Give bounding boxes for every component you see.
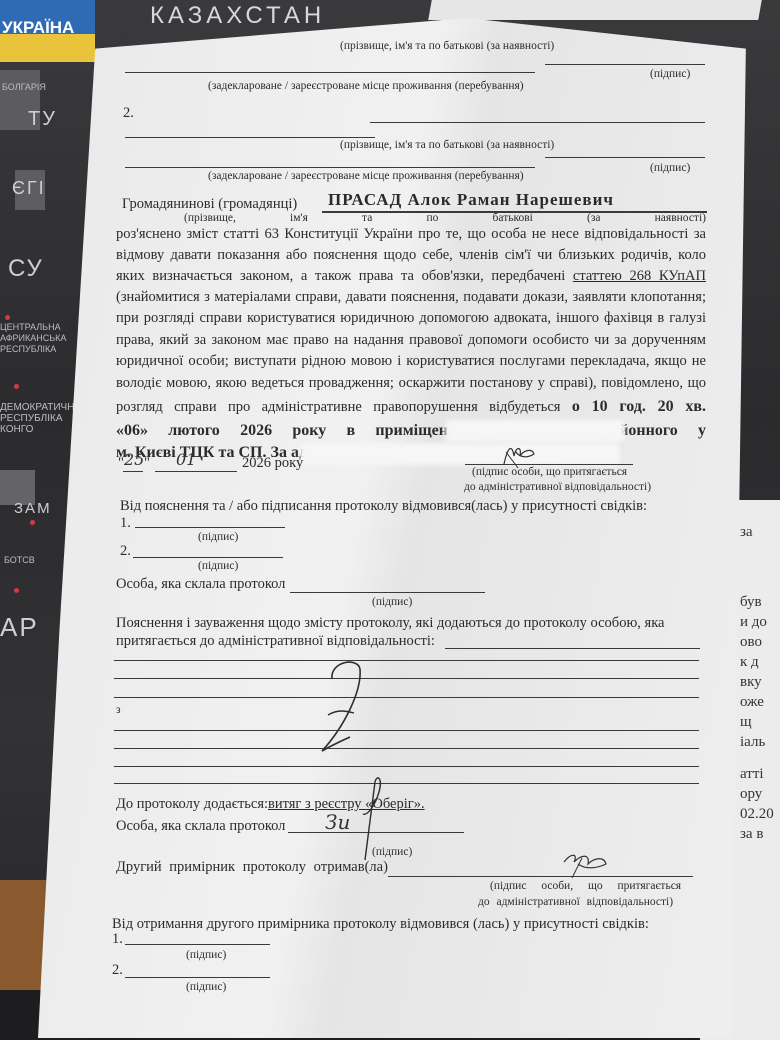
date-month: 01 [176, 450, 196, 469]
witness2-signature-caption: (підпис) [650, 162, 690, 174]
attachment-label: До протоколу додається: [116, 795, 268, 813]
caption-word: (за [587, 212, 600, 224]
second-copy-witness2-line[interactable] [125, 977, 270, 978]
explanations-line[interactable] [114, 766, 699, 767]
second-copy-refusal-heading: Від отримання другого примірника протоко… [112, 915, 649, 933]
witness2-address-caption: (задекларoване / зареєстроване місце про… [208, 170, 524, 182]
second-copy-witness2-caption: (підпис) [186, 981, 226, 993]
underlying-text: вку [740, 674, 762, 691]
underlying-text: іаль [740, 734, 765, 751]
witness2-number: 2. [123, 104, 134, 122]
witness2-signature-line[interactable] [545, 157, 705, 158]
map-label-ukraine: УКРАЇНА [2, 18, 74, 38]
underlying-text: за в [740, 826, 763, 843]
witness2-name-line-left[interactable] [125, 137, 375, 138]
witness1-address-line[interactable] [125, 72, 535, 73]
underlying-text: 02.20 [740, 806, 774, 823]
refusal-witness2-caption: (підпис) [198, 560, 238, 572]
date-day: 25 [124, 450, 144, 469]
second-copy-caption-1: (підпис особи, що притягається [490, 880, 681, 892]
map-label: СУ [8, 255, 44, 283]
refusal-witness1-line[interactable] [135, 527, 285, 528]
refusal-witness1-number: 1. [120, 514, 131, 532]
caption-word: батькові [493, 212, 533, 224]
map-label-kazakhstan: КАЗАХСТАН [150, 2, 325, 30]
handwritten-z-mark-icon [310, 655, 380, 755]
compiler-label: Особа, яка склала протокол [116, 575, 285, 593]
rights-line: при розгляді справи користуватися юридич… [116, 308, 706, 330]
refusal-witness2-line[interactable] [133, 557, 283, 558]
rights-line: яких визначається законом, а також права… [116, 266, 706, 288]
explanations-line2: притягається до адміністративної відпові… [116, 632, 435, 650]
hearing-time: о 10 год. 20 хв. [572, 398, 706, 415]
rights-text: розгляд справи про адміністративне право… [116, 399, 560, 415]
underlying-text: за [740, 524, 753, 541]
compiler-signature-caption: (підпис) [372, 596, 412, 608]
map-city-dot [14, 384, 19, 389]
date-quote-close: " [144, 454, 150, 472]
refusal-witness1-caption: (підпис) [198, 531, 238, 543]
refusal-witness2-number: 2. [120, 542, 131, 560]
map-label: АР [0, 612, 39, 643]
map-label-drc: ДЕМОКРАТИЧНА РЕСПУБЛІКА КОНГО [0, 402, 40, 435]
map-label: ЄГІ [12, 178, 46, 199]
underlying-page-top [428, 0, 762, 20]
explanations-line[interactable] [114, 660, 699, 661]
offender-signature-caption-1: (підпис особи, що притягається [472, 466, 627, 478]
rights-line: роз'яснено зміст статті 63 Конституції У… [116, 224, 706, 246]
explanations-line[interactable] [114, 697, 699, 698]
map-label-car: ЦЕНТРАЛЬНА АФРИКАНСЬКА РЕСПУБЛІКА [0, 322, 40, 355]
map-city-dot [5, 315, 10, 320]
rights-line: відмову давати показання або пояснення щ… [116, 245, 706, 267]
caption-word: та [362, 212, 372, 224]
underlying-text: ово [740, 634, 762, 651]
rights-line: (знайомитися з матеріалами справи, дават… [116, 287, 706, 309]
explanations-line[interactable] [114, 783, 699, 784]
day-line [123, 471, 143, 472]
map-label: ЗАМ [14, 500, 52, 517]
citizen-name: ПРАСАД Алок Раман Нарешевич [328, 191, 614, 209]
caption-word: по [426, 212, 438, 224]
citizen-label: Громадянинові (громадянці) [122, 195, 297, 213]
explanations-line[interactable] [114, 730, 699, 731]
explanations-line1: Пояснення і зауваження щодо змісту прото… [116, 614, 664, 632]
second-copy-witness2-number: 2. [112, 961, 123, 979]
offender-signature-caption-2: до адміністративної відповідальності) [464, 481, 651, 493]
rights-line: права, який за законом має право на нада… [116, 330, 706, 352]
underlying-text: був [740, 594, 762, 611]
map-label: БОТСВ [4, 555, 35, 566]
witness2-name-caption: (прізвище, ім'я та по батькові (за наявн… [340, 139, 554, 151]
witness2-address-line[interactable] [125, 167, 535, 168]
caption-word: ім'я [290, 212, 308, 224]
map-city-dot [14, 588, 19, 593]
second-copy-witness1-number: 1. [112, 930, 123, 948]
rights-line: володіє мовою, якою ведеться провадження… [116, 373, 706, 395]
second-copy-witness1-line[interactable] [125, 944, 270, 945]
underlying-text: оже [740, 694, 764, 711]
explanations-line[interactable] [445, 648, 700, 649]
map-city-dot [30, 520, 35, 525]
refusal-heading: Від пояснення та / або підписання проток… [120, 497, 647, 515]
date-year: 2026 року [242, 454, 303, 472]
explanations-line[interactable] [114, 678, 699, 679]
rights-text: яких визначається законом, а також права… [116, 268, 565, 284]
second-copy-label: Другий примірник протоколу отримав(ла) [116, 858, 388, 876]
caption-word: наявності) [655, 212, 706, 224]
underlying-text: щ [740, 714, 752, 731]
compiler2-label: Особа, яка склала протокол [116, 817, 285, 835]
redaction-overlay [300, 443, 620, 465]
witness1-address-caption: (задекларoване / зареєстроване місце про… [208, 80, 524, 92]
underlying-text: к д [740, 654, 759, 671]
witness2-name-line[interactable] [370, 122, 705, 123]
map-label: ТУ [28, 108, 57, 131]
underlying-text: ору [740, 786, 762, 803]
explanations-margin-mark: з [116, 704, 121, 716]
second-copy-signature-line[interactable] [388, 876, 693, 877]
month-line [155, 471, 237, 472]
explanations-line[interactable] [114, 748, 699, 749]
article-268-reference: статтею 268 КУпАП [573, 268, 706, 284]
second-copy-caption-2: до адміністративної відповідальності) [478, 896, 673, 908]
compiler2-signature-caption: (підпис) [372, 846, 412, 858]
rights-line: юридичної особи; виступати рідною мовою … [116, 351, 706, 373]
offender-second-signature-icon [560, 848, 610, 880]
second-copy-witness1-caption: (підпис) [186, 949, 226, 961]
rights-line: розгляд справи про адміністративне право… [116, 396, 706, 419]
compiler-signature-line[interactable] [290, 592, 485, 593]
caption-word: (прізвище, [184, 212, 236, 224]
underlying-text: и до [740, 614, 767, 631]
witness1-signature-line[interactable] [545, 64, 705, 65]
redaction-overlay [445, 420, 625, 442]
witness1-name-caption: (прізвище, ім'я та по батькові (за наявн… [340, 40, 554, 52]
witness1-signature-caption: (підпис) [650, 68, 690, 80]
map-label-bulgaria: БОЛГАРІЯ [2, 82, 46, 93]
offender-signature-line[interactable] [465, 464, 633, 465]
underlying-text: атті [740, 766, 764, 783]
citizen-name-caption: (прізвище, ім'я та по батькові (за наявн… [184, 212, 706, 224]
